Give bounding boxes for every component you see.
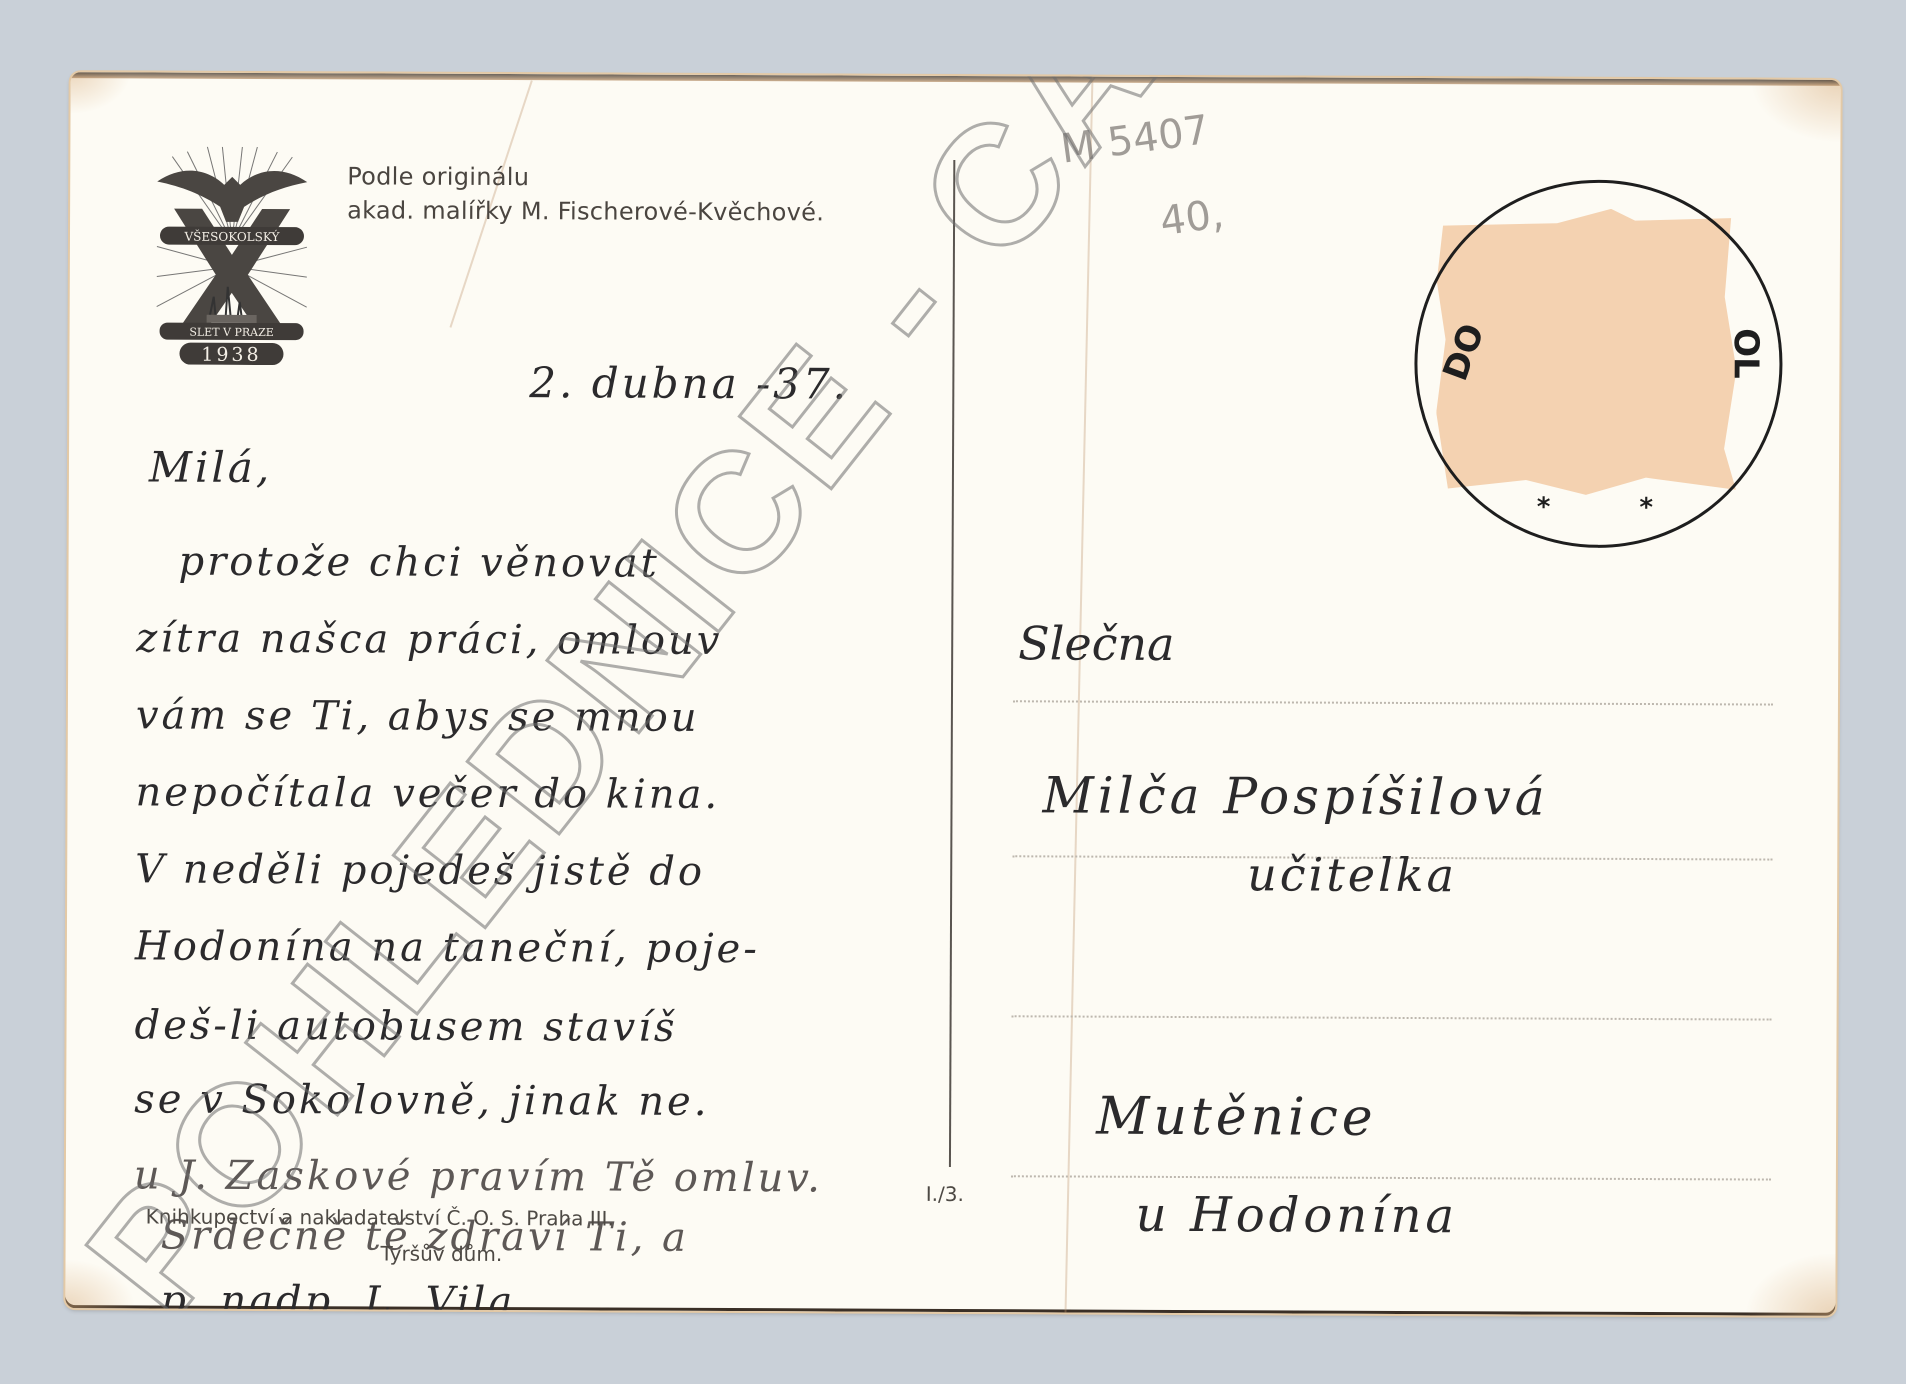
message-address-divider	[949, 160, 955, 1167]
svg-text:SLET V PRAZE: SLET V PRAZE	[189, 326, 274, 339]
series-number: I./3.	[926, 1182, 964, 1206]
paper-crease	[1065, 77, 1094, 1313]
card-top-edge	[71, 72, 1841, 86]
message-line: V neděli pojedeš jistě do	[135, 846, 705, 894]
artist-caption: Podle originálu akad. malířky M. Fischer…	[347, 159, 824, 229]
sokol-slet-logo: VŠESOKOLSKÝ SLET V PRAZE 1938	[151, 147, 312, 366]
address-title: Slečna	[1018, 616, 1174, 671]
caption-line-2: akad. malířky M. Fischerové-Kvěchové.	[347, 193, 824, 229]
message-signature: p. nadp. L. Vila.	[160, 1278, 531, 1316]
message-line: se v Sokolovně, jinak ne.	[134, 1076, 709, 1125]
message-line: deš-li autobusem stavíš	[134, 1002, 677, 1050]
postmark-circle: DO OL * *	[1414, 179, 1784, 549]
handwritten-salutation: Milá,	[149, 442, 272, 492]
pencil-price: 40,	[1157, 191, 1226, 245]
message-line: nepočítala večer do kina.	[135, 769, 720, 818]
message-line: vám se Ti, abys se mnou	[136, 692, 700, 740]
address-line-4	[1011, 1175, 1771, 1180]
message-line: Hodonína na taneční, poje-	[135, 923, 760, 972]
postcard: VŠESOKOLSKÝ SLET V PRAZE 1938 Podle orig…	[65, 72, 1840, 1316]
address-line-3	[1012, 1015, 1772, 1020]
postmark-star-marks: * *	[1537, 493, 1693, 524]
address-name: Milča Pospíšilová	[1042, 766, 1548, 826]
caption-line-1: Podle originálu	[347, 159, 824, 195]
address-region: u Hodonína	[1136, 1187, 1459, 1244]
svg-text:1938: 1938	[201, 344, 261, 365]
address-line-1	[1013, 700, 1773, 705]
handwritten-date: 2. dubna -37.	[529, 358, 849, 408]
svg-text:VŠESOKOLSKÝ: VŠESOKOLSKÝ	[183, 228, 280, 244]
publisher-imprint: Knihkupectví a nakladatelství Č. O. S. P…	[146, 1204, 614, 1230]
postmark-text-right: OL	[1726, 328, 1766, 379]
eagle-x-emblem-icon: VŠESOKOLSKÝ SLET V PRAZE 1938	[151, 147, 312, 366]
message-line: zítra našca práci, omlouv	[136, 615, 722, 664]
address-occupation: učitelka	[1247, 847, 1457, 902]
message-line: protože chci věnovat	[178, 539, 659, 587]
postmark-text-left: DO	[1435, 318, 1492, 385]
pencil-catalog-number: M 5407	[1058, 107, 1212, 173]
message-line: u J. Zaskové pravím Tě omluv.	[134, 1152, 823, 1201]
address-town: Mutěnice	[1096, 1087, 1377, 1148]
publisher-building: Tyršův dům.	[381, 1242, 503, 1267]
